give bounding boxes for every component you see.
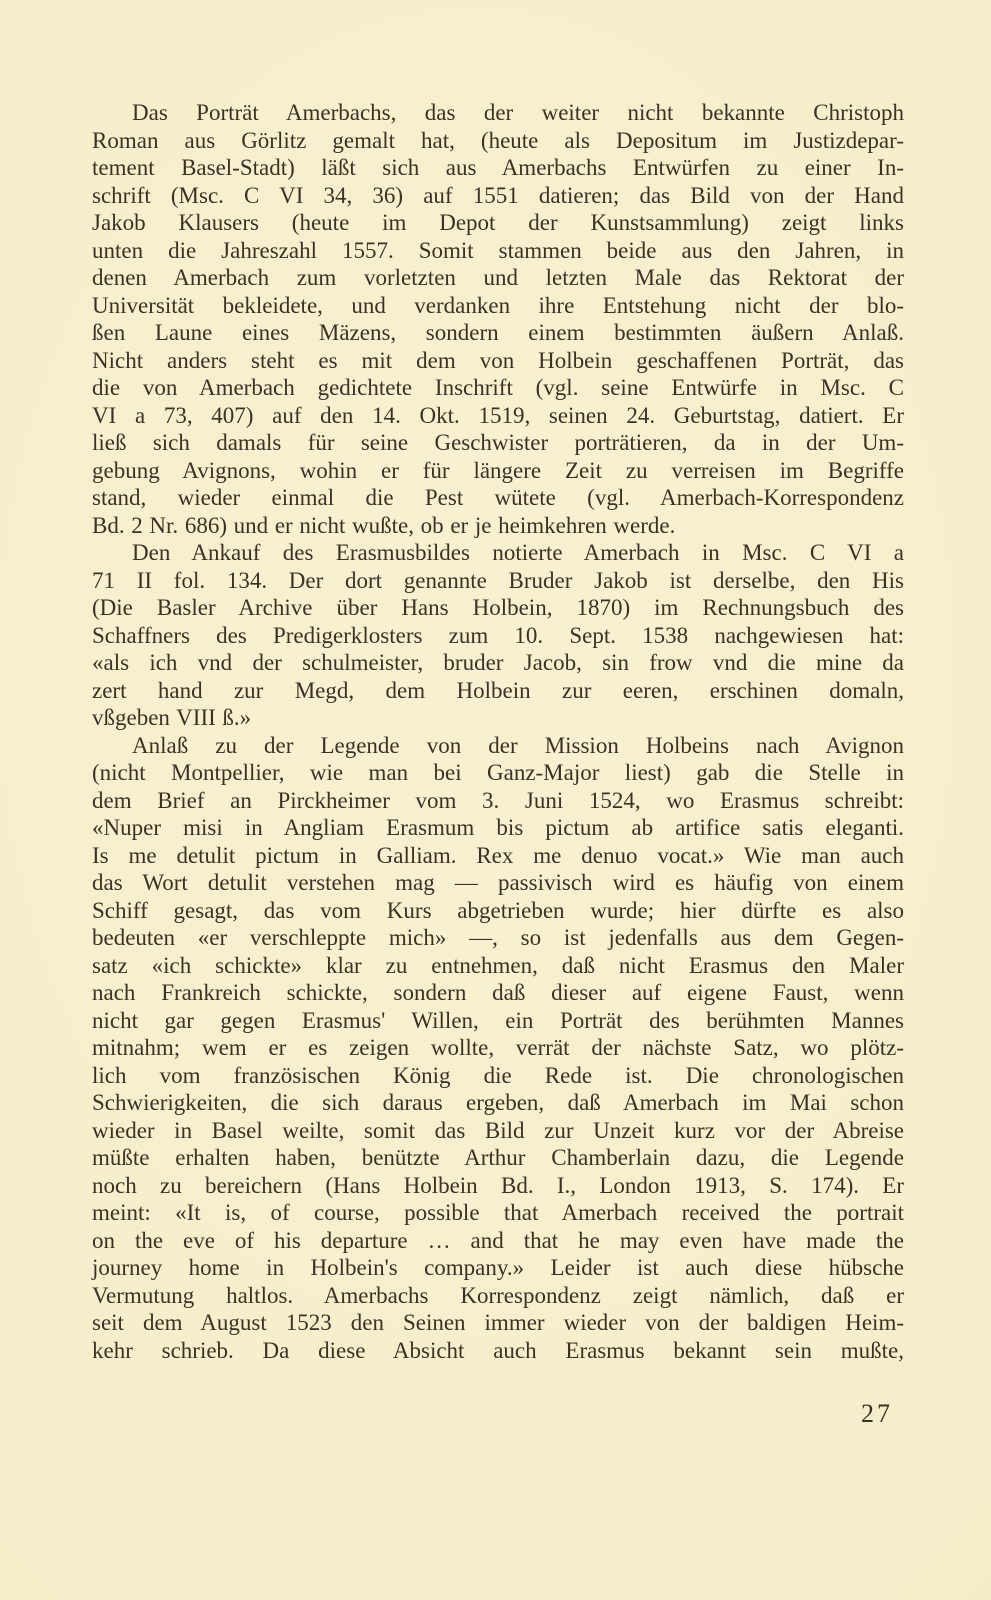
text-line: Universität bekleidete, und verdanken ih…: [92, 292, 904, 320]
text-line: on the eve of his departure … and that h…: [92, 1227, 904, 1255]
text-line: meint: «It is, of course, possible that …: [92, 1199, 904, 1227]
text-line: dem Brief an Pirckheimer vom 3. Juni 152…: [92, 787, 904, 815]
page-number: 27: [850, 1399, 904, 1429]
text-line: müßte erhalten haben, benützte Arthur Ch…: [92, 1144, 904, 1172]
text-line: seit dem August 1523 den Seinen immer wi…: [92, 1309, 904, 1337]
text-line: Anlaß zu der Legende von der Mission Hol…: [92, 732, 904, 760]
text-line: noch zu bereichern (Hans Holbein Bd. I.,…: [92, 1172, 904, 1200]
book-page: Das Porträt Amerbachs, das der weiter ni…: [0, 0, 991, 1600]
text-line: lich vom französischen König die Rede is…: [92, 1062, 904, 1090]
text-line: ließ sich damals für seine Geschwister p…: [92, 429, 904, 457]
text-line: «als ich vnd der schulmeister, bruder Ja…: [92, 649, 904, 677]
text-line: (Die Basler Archive über Hans Holbein, 1…: [92, 594, 904, 622]
text-line: Nicht anders steht es mit dem von Holbei…: [92, 347, 904, 375]
text-line: Roman aus Görlitz gemalt hat, (heute als…: [92, 127, 904, 155]
text-line: zert hand zur Megd, dem Holbein zur eere…: [92, 677, 904, 705]
text-line: mitnahm; wem er es zeigen wollte, verrät…: [92, 1034, 904, 1062]
text-line: Das Porträt Amerbachs, das der weiter ni…: [92, 99, 904, 127]
text-line: «Nuper misi in Angliam Erasmum bis pictu…: [92, 814, 904, 842]
text-line: stand, wieder einmal die Pest wütete (vg…: [92, 484, 904, 512]
text-line: gebung Avignons, wohin er für längere Ze…: [92, 457, 904, 485]
text-line: satz «ich schickte» klar zu entnehmen, d…: [92, 952, 904, 980]
text-line: unten die Jahreszahl 1557. Somit stammen…: [92, 237, 904, 265]
text-line: kehr schrieb. Da diese Absicht auch Eras…: [92, 1337, 904, 1365]
text-line: Vermutung haltlos. Amerbachs Korresponde…: [92, 1282, 904, 1310]
text-line: wieder in Basel weilte, somit das Bild z…: [92, 1117, 904, 1145]
paragraph: Den Ankauf des Erasmusbildes notierte Am…: [92, 539, 904, 732]
text-line: Schiff gesagt, das vom Kurs abgetrieben …: [92, 897, 904, 925]
text-line: bedeuten «er verschleppte mich» —, so is…: [92, 924, 904, 952]
text-line: tement Basel-Stadt) läßt sich aus Amerba…: [92, 154, 904, 182]
paragraph: Anlaß zu der Legende von der Mission Hol…: [92, 732, 904, 1365]
text-line: Den Ankauf des Erasmusbildes notierte Am…: [92, 539, 904, 567]
text-line: vßgeben VIII ß.»: [92, 704, 904, 732]
text-line: (nicht Montpellier, wie man bei Ganz-Maj…: [92, 759, 904, 787]
text-line: Schwierigkeiten, die sich daraus ergeben…: [92, 1089, 904, 1117]
text-line: Is me detulit pictum in Galliam. Rex me …: [92, 842, 904, 870]
text-line: nicht gar gegen Erasmus' Willen, ein Por…: [92, 1007, 904, 1035]
text-line: Bd. 2 Nr. 686) und er nicht wußte, ob er…: [92, 512, 904, 540]
text-line: journey home in Holbein's company.» Leid…: [92, 1254, 904, 1282]
text-line: Schaffners des Predigerklosters zum 10. …: [92, 622, 904, 650]
text-line: nach Frankreich schickte, sondern daß di…: [92, 979, 904, 1007]
text-line: 71 II fol. 134. Der dort genannte Bruder…: [92, 567, 904, 595]
text-line: schrift (Msc. C VI 34, 36) auf 1551 dati…: [92, 182, 904, 210]
text-line: das Wort detulit verstehen mag — passivi…: [92, 869, 904, 897]
page-text-block: Das Porträt Amerbachs, das der weiter ni…: [92, 99, 904, 1364]
text-line: ßen Laune eines Mäzens, sondern einem be…: [92, 319, 904, 347]
text-line: Jakob Klausers (heute im Depot der Kunst…: [92, 209, 904, 237]
text-line: denen Amerbach zum vorletzten und letzte…: [92, 264, 904, 292]
text-line: VI a 73, 407) auf den 14. Okt. 1519, sei…: [92, 402, 904, 430]
text-line: die von Amerbach gedichtete Inschrift (v…: [92, 374, 904, 402]
paragraph: Das Porträt Amerbachs, das der weiter ni…: [92, 99, 904, 539]
